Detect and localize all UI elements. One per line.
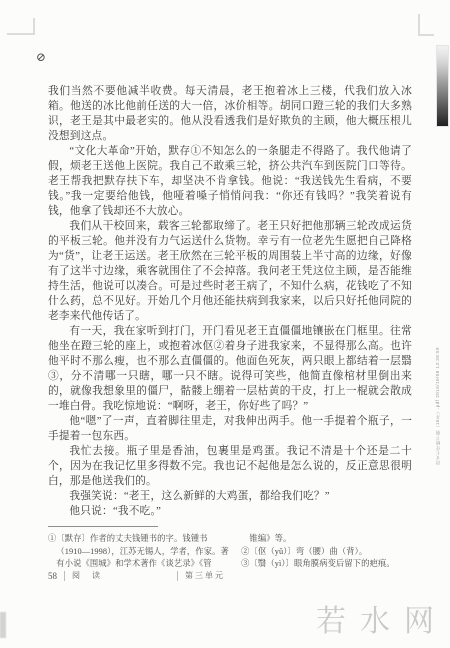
footnote-line: ②〔伛（yǔ）〕弯（腰）曲（背）。 <box>241 546 412 559</box>
textbook-page: ⊘ 语文七年级下册（16开）.pdf 2016/10/08 13:38:59 我… <box>0 0 450 648</box>
footnote-column-right: 锥编》等。 ②〔伛（yǔ）〕弯（腰）曲（背）。 ③〔翳（yì）〕眼角膜病变后留下… <box>241 533 412 571</box>
paragraph: “文化大革命”开始，默存①不知怎么的一条腿走不得路了。我代他请了假，烦老王送他上… <box>48 144 412 219</box>
print-slug-text: 语文七年级下册（16开）.pdf 2016/10/08 13:38:59 <box>435 205 441 465</box>
paragraph: 我们当然不要他减半收费。每天清晨，老王抱着冰上三楼，代我们放入冰箱。他送的冰比他… <box>48 84 412 144</box>
watermark-text: 若水网 <box>316 596 448 640</box>
paragraph: 我们从干校回来，载客三轮都取缔了。老王只好把他那辆三轮改成运货的平板三轮。他并没… <box>48 219 412 324</box>
footer-section-label: 阅 读 <box>72 570 105 581</box>
footer-unit-label: 第三单元 <box>185 570 225 581</box>
footnote-divider <box>48 526 158 527</box>
footnote-column-left: ①〔默存〕作者的丈夫钱锺书的字。钱锺书（1910—1998），江苏无锡人，学者，… <box>48 533 229 571</box>
page-number: 58 <box>48 571 57 581</box>
paragraph: 他“嗯”了一声，直着脚往里走，对我伸出两手。他一手提着个瓶子，一手提着一包东西。 <box>48 414 412 444</box>
stamp-icon: ⊘ <box>36 51 46 63</box>
footnotes: ①〔默存〕作者的丈夫钱锺书的字。钱锺书（1910—1998），江苏无锡人，学者，… <box>48 533 412 571</box>
footnote-line: 锥编》等。 <box>241 533 412 546</box>
footnote-line: ③〔翳（yì）〕眼角膜病变后留下的疤痕。 <box>241 558 412 571</box>
body-text: 我们当然不要他减半收费。每天清晨，老王抱着冰上三楼，代我们放入冰箱。他送的冰比他… <box>48 84 412 571</box>
footer-divider-icon <box>64 571 65 581</box>
paragraph: 有一天，我在家听到打门，开门看见老王直僵僵地镶嵌在门框里。往常他坐在蹬三轮的座上… <box>48 324 412 414</box>
grayscale-calibration-strip <box>437 46 448 126</box>
paragraph: 我忙去接。瓶子里是香油，包裹里是鸡蛋。我记不清是十个还是二十个，因为在我记忆里多… <box>48 444 412 489</box>
scan-edge-artifact <box>0 612 6 638</box>
paragraph: 他只说：“我不吃。” <box>48 504 412 519</box>
page-footer: 58 阅 读 第三单元 <box>48 570 225 581</box>
crop-mark-top-left-icon <box>7 18 35 35</box>
crop-mark-top-right-icon <box>418 14 434 36</box>
footer-divider-icon <box>177 571 178 581</box>
paragraph: 我强笑说：“老王，这么新鲜的大鸡蛋，都给我们吃？” <box>48 489 412 504</box>
